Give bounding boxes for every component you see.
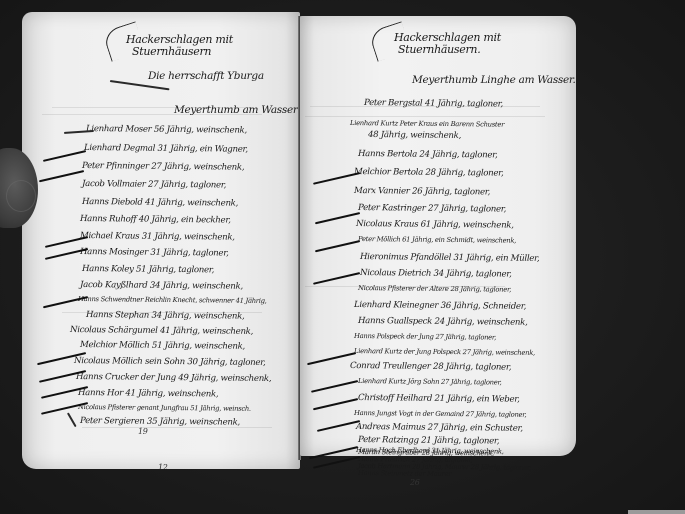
list-item: Hanns Ruhoff 40 Jährig, ein beckher,	[80, 214, 231, 226]
list-item: Jacob Vollmaier 27 Jährig, tagloner,	[82, 179, 226, 191]
list-item: Peter Ratzingg 21 Jährig, tagloner,	[358, 435, 499, 446]
list-item: Nicolaus Möllich sein Sohn 30 Jährig, ta…	[74, 356, 266, 368]
list-item: Peter Bergstal 41 Jährig, tagloner,	[364, 98, 503, 109]
heading-line-2: Stuernhäusern	[132, 46, 211, 58]
list-item: Lienhard Degmal 31 Jährig, ein Wagner,	[84, 143, 248, 155]
list-item: Peter Sergieren 35 Jährig, weinschenk,	[80, 416, 240, 428]
list-item: Hanns Diebold 41 Jährig, weinschenk,	[82, 197, 238, 209]
section-title: Meyerthumb am Wasser	[174, 104, 298, 116]
list-item: Melchior Bertola 28 Jährig, tagloner,	[354, 167, 504, 179]
list-item: Nicolaus Schärgumel 41 Jährig, weinschen…	[70, 325, 253, 337]
list-item: Hanns Steinmetz der Maurer	[358, 470, 451, 478]
list-item: Jacob Kayßlhard 34 Jährig, weinschenk,	[80, 280, 243, 292]
list-item: Hanns Crucker der Jung 49 Jährig, weinsc…	[76, 372, 271, 384]
list-item: Marx Vannier 26 Jährig, tagloner,	[354, 186, 490, 197]
list-item: Hanns Polspeck der Jung 27 Jährig, taglo…	[354, 333, 496, 341]
folio-number: 12	[158, 463, 168, 469]
right-page: Hackerschlagen mit Stuernhäusern. Meyert…	[300, 16, 576, 456]
list-item: Lienhard Kurtz Peter Kraus ein Barenn Sc…	[350, 120, 504, 129]
list-item: Peter Pfinninger 27 Jährig, weinschenk,	[82, 161, 244, 173]
thumbnail-outline	[6, 180, 36, 212]
list-item: Lienhard Kurtz der Jung Polspeck 27 Jähr…	[354, 348, 535, 357]
list-item: Conrad Treullenger 28 Jährig, tagloner,	[350, 361, 511, 373]
section-title: Meyerthumb Linghe am Wasser.	[412, 74, 576, 86]
list-item: Melchior Möllich 51 Jährig, weinschenk,	[80, 340, 245, 352]
list-item: Lienhard Kleinegner 36 Jährig, Schneider…	[354, 300, 526, 312]
folio-number: 26	[410, 478, 420, 487]
list-item: Hanns Mosinger 31 Jährig, tagloner,	[80, 247, 229, 259]
list-item: Nicolaus Kraus 61 Jährig, weinschenk,	[356, 219, 514, 231]
folio-number: 19	[138, 427, 148, 436]
list-item: Peter Möllich 61 Jährig, ein Schmidt, we…	[358, 236, 516, 245]
margin-flourish	[67, 412, 76, 427]
list-item: Michael Kraus 31 Jährig, weinschenk,	[80, 231, 235, 243]
list-item: Nicolaus Dietrich 34 Jährig, tagloner,	[360, 268, 512, 280]
list-item: Hanns Guallspeck 24 Jährig, weinschenk,	[358, 316, 528, 328]
list-item: Lienhard Moser 56 Jährig, weinschenk,	[86, 124, 247, 136]
list-item: 48 Jährig, weinschenk,	[368, 130, 461, 141]
list-item: Hieronimus Pfandöllel 31 Jährig, ein Mül…	[360, 252, 539, 264]
list-item: Nicolaus Pfisterer der Altere 28 Jährig,…	[358, 285, 511, 294]
list-item: Hanns Bertola 24 Jährig, tagloner,	[358, 149, 498, 160]
list-item: Hanns Jungst Vogt in der Gemaind 27 Jähr…	[354, 410, 526, 419]
list-item: Hanns Koley 51 Jährig, tagloner,	[82, 264, 214, 275]
list-item: Lienhard Kurtz Jörg Sohn 27 Jährig, tagl…	[358, 378, 502, 387]
list-item: Hanns Stephan 34 Jährig, weinschenk,	[86, 310, 245, 322]
subheading: Die herrschafft Yburga	[148, 70, 264, 82]
list-item: Christoff Heilhard 21 Jährig, ein Weber,	[358, 393, 520, 405]
scan-edge-strip	[628, 510, 685, 514]
list-item: Peter Kastringer 27 Jährig, tagloner,	[358, 203, 506, 215]
list-item: Nicolaus Pfisterer genant Jungfrau 51 Jä…	[78, 404, 251, 413]
list-item: Hanns Schwendtner Reichlin Knecht, schwe…	[78, 296, 267, 305]
list-item: Hanns Hor 41 Jährig, weinschenk,	[78, 388, 218, 399]
heading-line-2: Stuernhäusern.	[398, 44, 480, 56]
list-item: Andreas Maimus 27 Jährig, ein Schuster,	[356, 422, 523, 434]
